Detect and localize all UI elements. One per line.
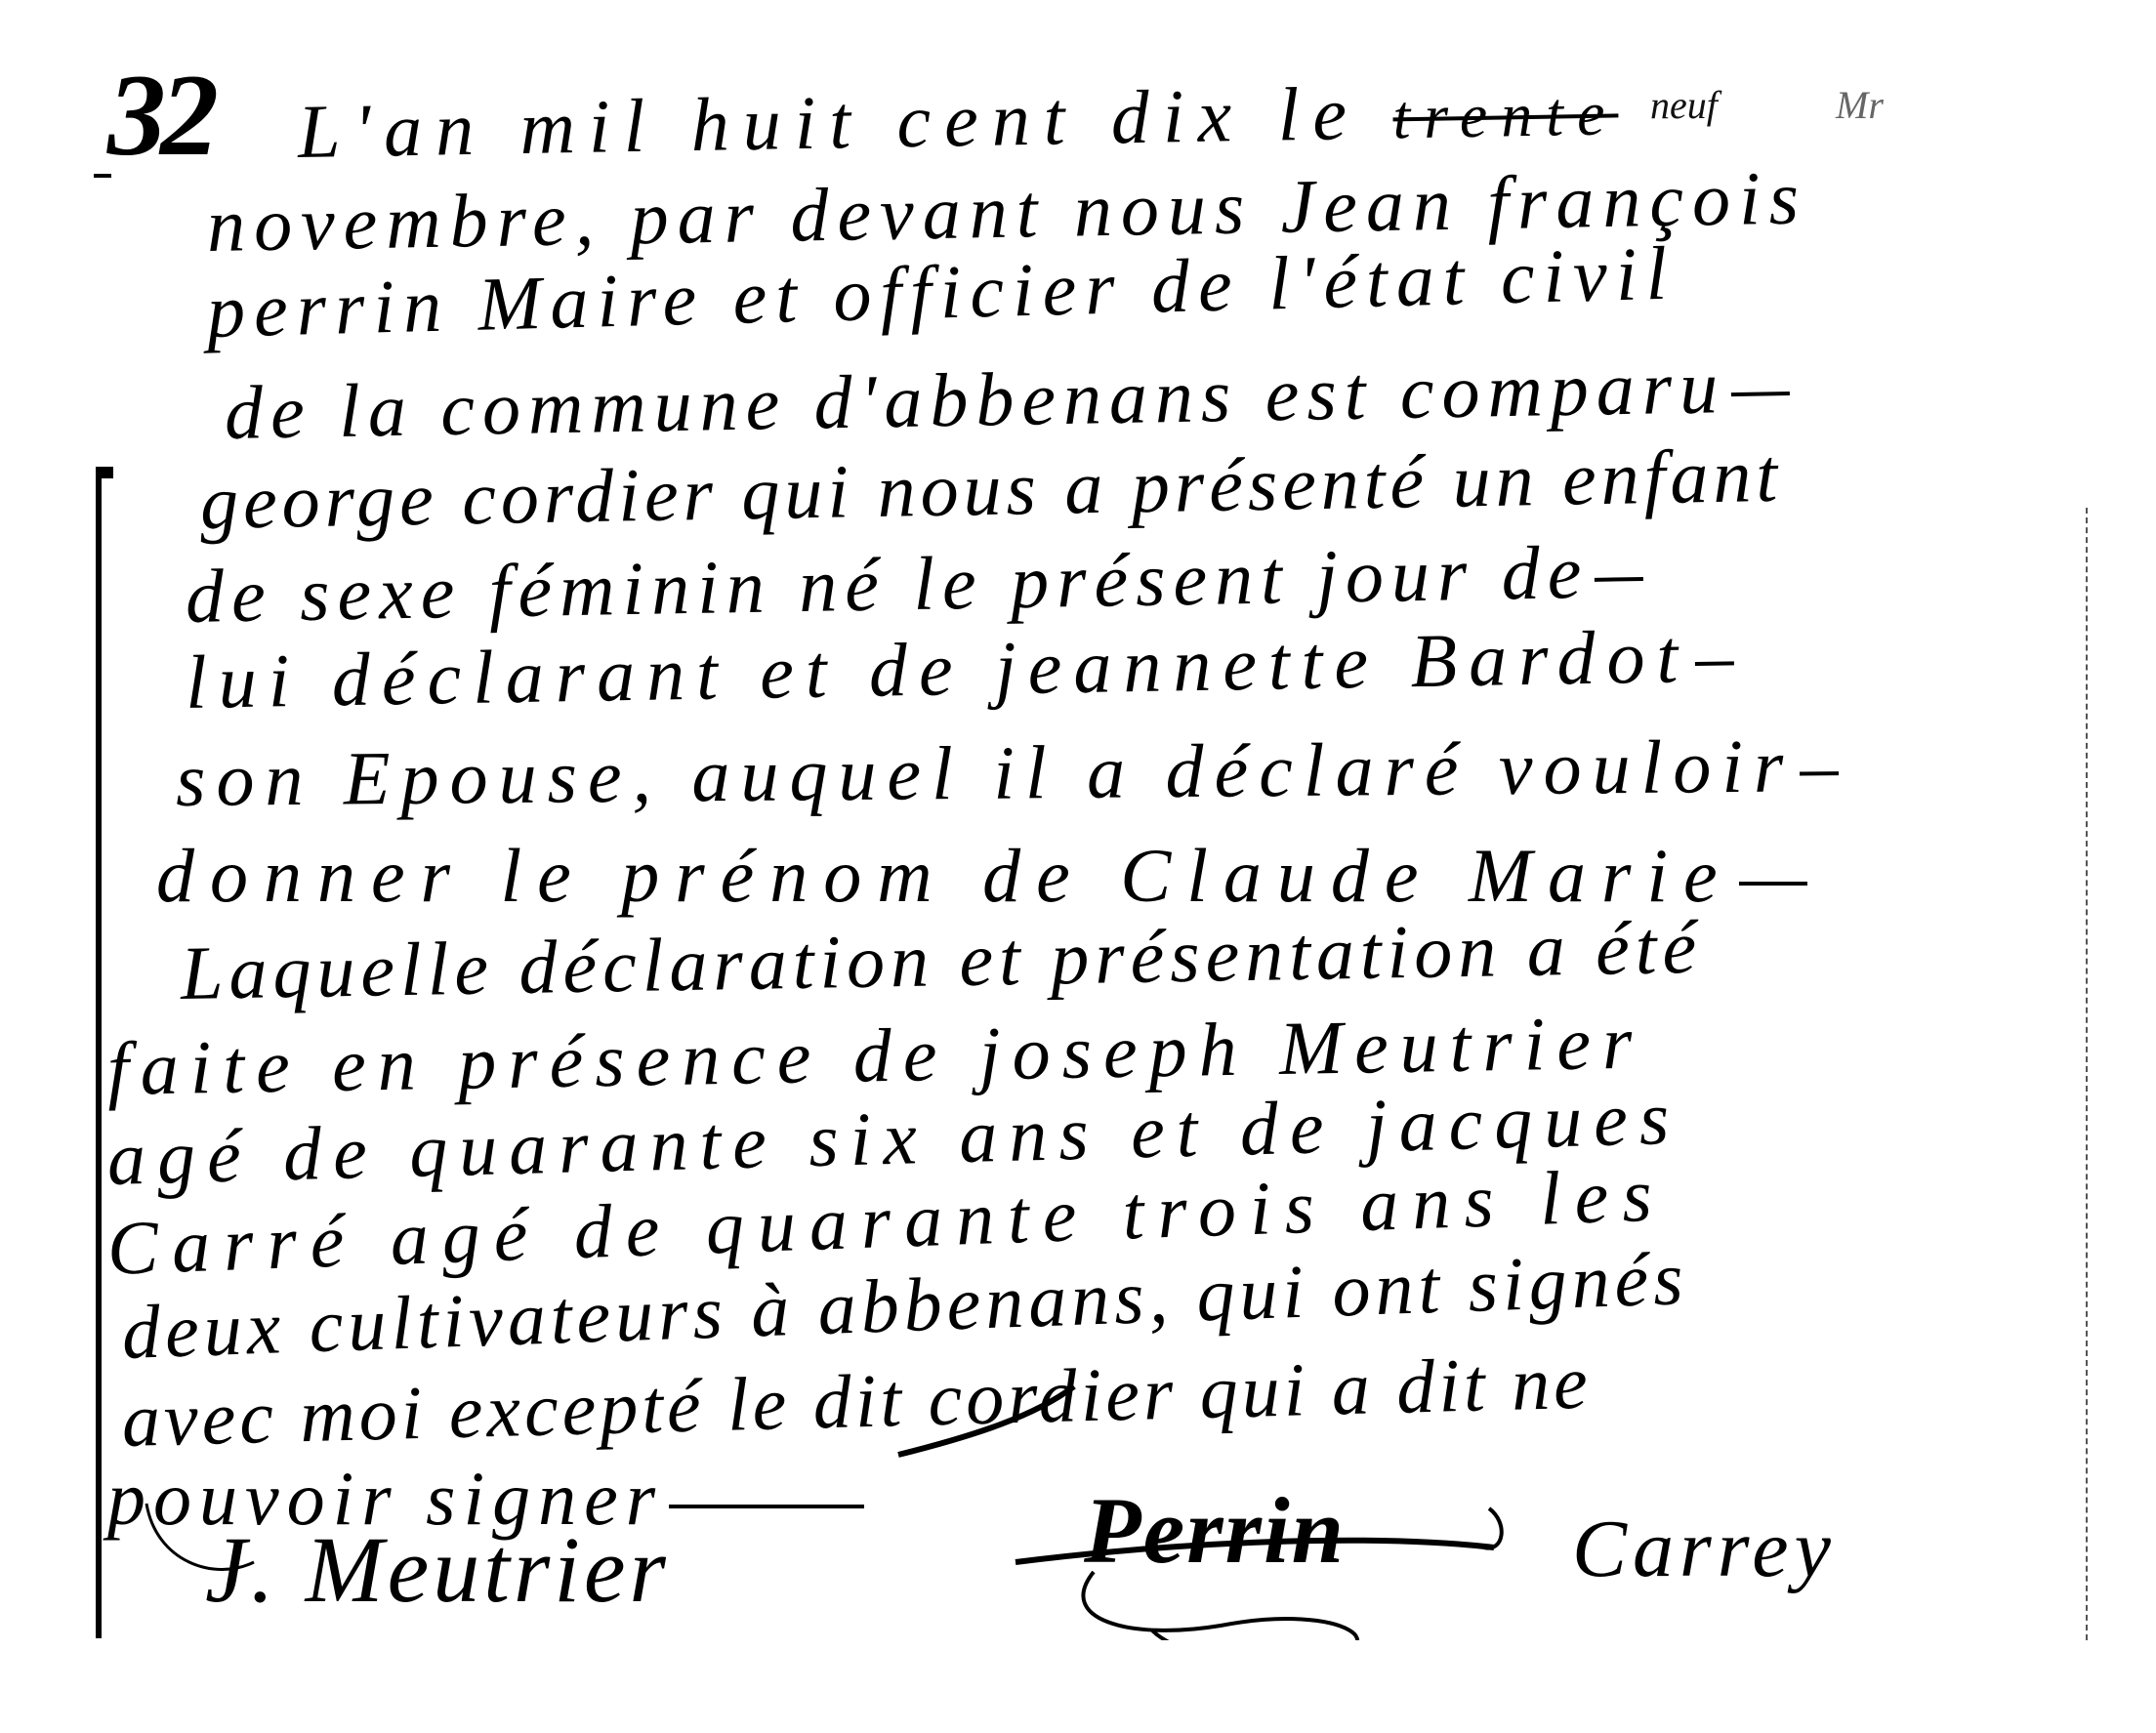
page-bottom-margin — [96, 1640, 2088, 1733]
signature-flourish-icon — [0, 0, 2156, 1733]
document-page: 32 neuf Mr L'an mil huit cent dix le tre… — [0, 0, 2156, 1733]
